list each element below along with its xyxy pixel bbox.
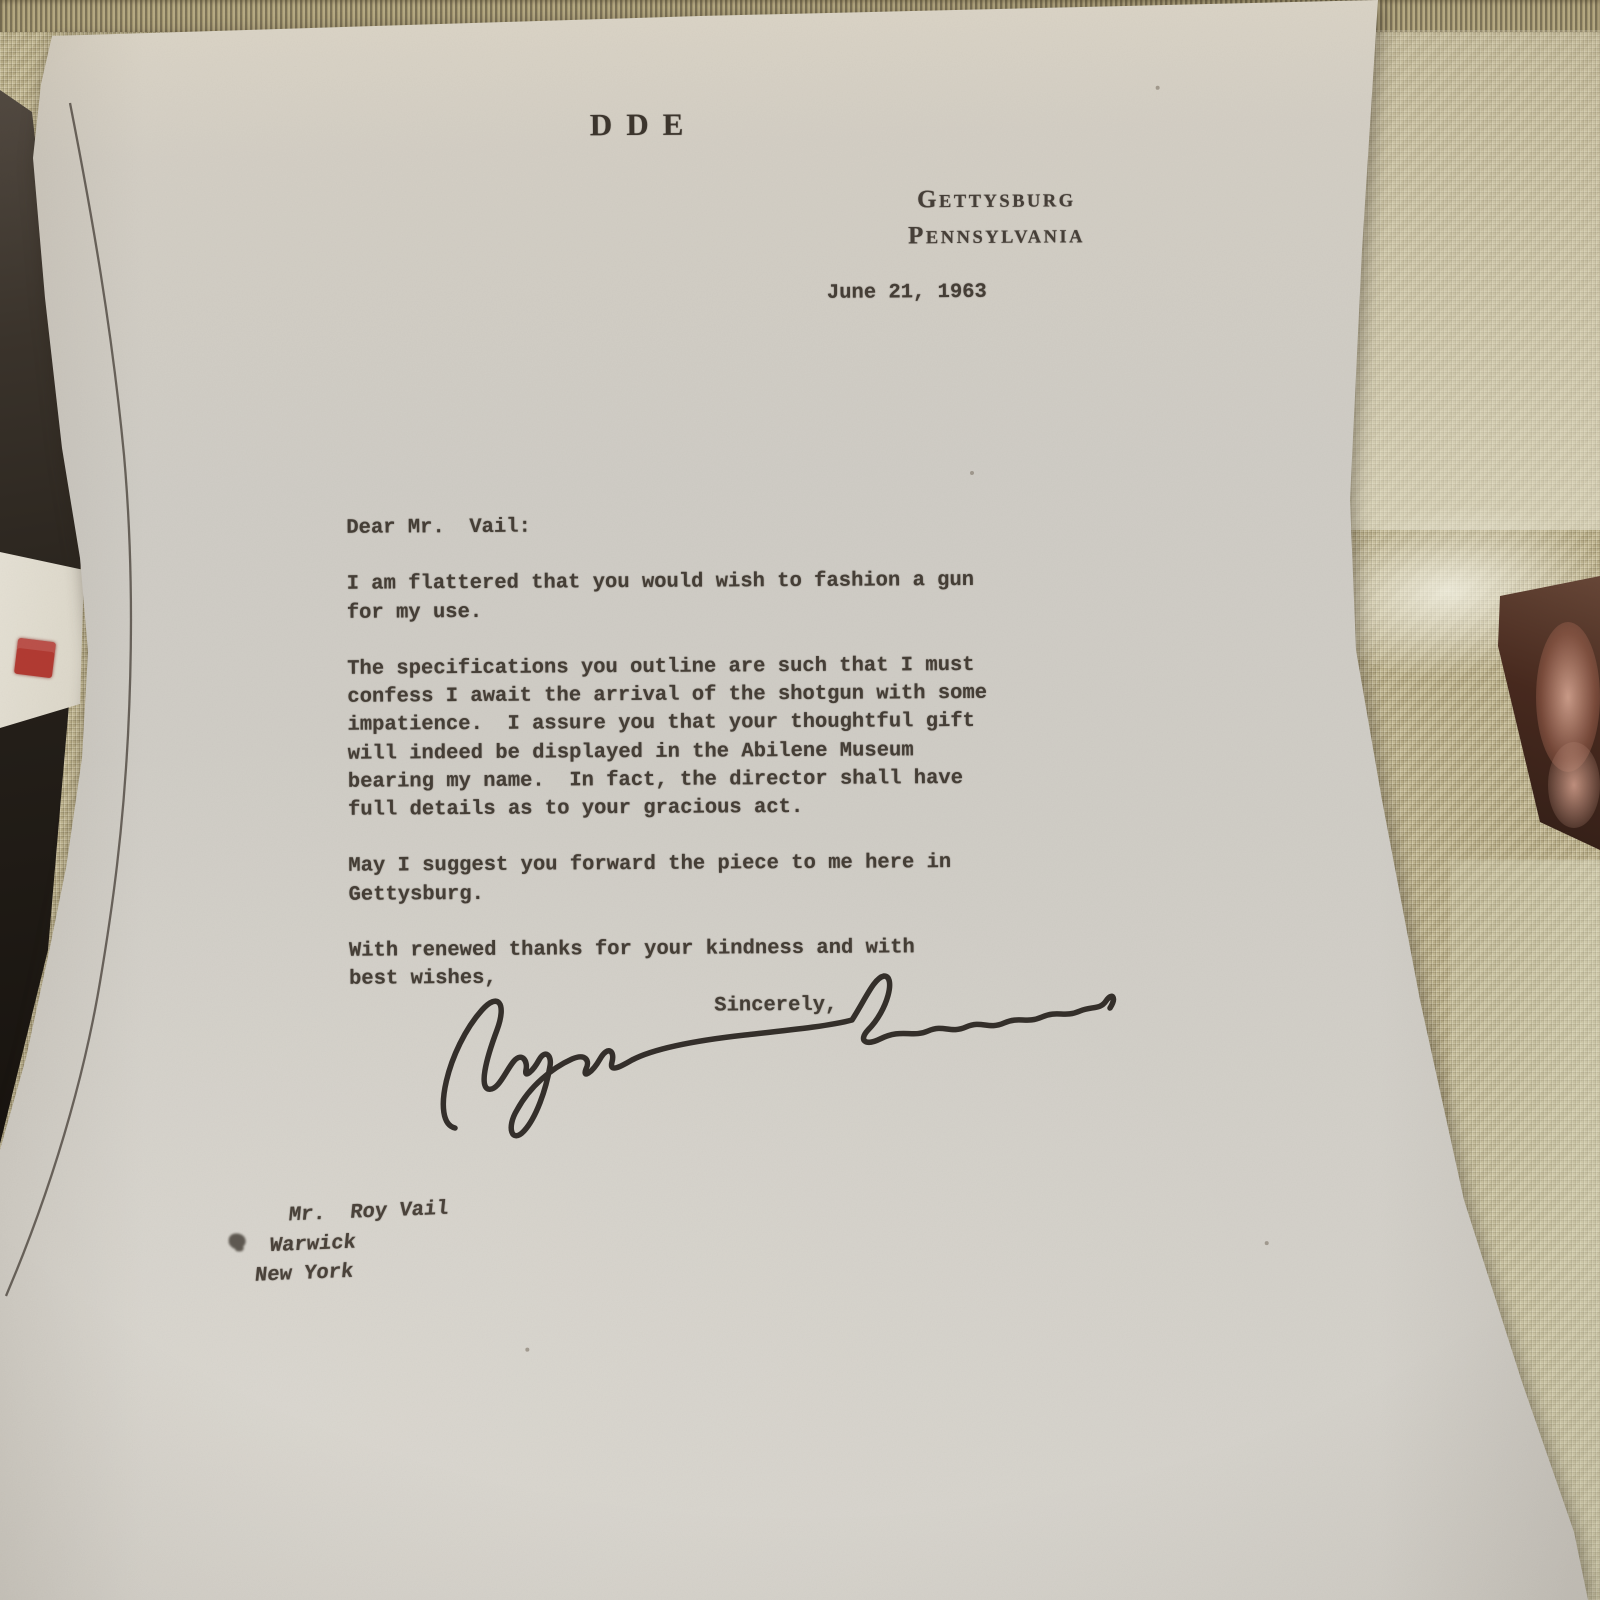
letter-body: Dear Mr. Vail: I am flattered that you w… — [346, 511, 989, 994]
body-line: for my use. — [347, 595, 987, 627]
blank-line — [346, 539, 986, 571]
dust-speck — [1156, 86, 1160, 90]
paper-sheet: DDE Gettysburg Pennsylvania June 21, 196… — [0, 0, 1600, 1600]
body-line: Gettysburg. — [348, 877, 988, 909]
ink-blot — [229, 1233, 246, 1248]
salutation: Dear Mr. Vail: — [346, 511, 986, 543]
body-line: May I suggest you forward the piece to m… — [348, 849, 988, 881]
dust-speck — [970, 471, 974, 475]
body-line — [347, 624, 987, 656]
date-line: June 21, 1963 — [827, 281, 987, 305]
dust-speck — [525, 1348, 529, 1352]
dust-speck — [1265, 1241, 1269, 1245]
letterhead-city: Gettysburg — [876, 182, 1116, 219]
body-line: bearing my name. In fact, the director s… — [348, 765, 988, 797]
letter-content: DDE Gettysburg Pennsylvania June 21, 196… — [0, 0, 1600, 1600]
body-line: I am flattered that you would wish to fa… — [347, 567, 987, 599]
body-line: will indeed be displayed in the Abilene … — [348, 736, 988, 768]
letterhead-initials: DDE — [590, 107, 698, 144]
body-line: confess I await the arrival of the shotg… — [347, 680, 987, 712]
body-line: With renewed thanks for your kindness an… — [349, 934, 989, 966]
letter-paper: DDE Gettysburg Pennsylvania June 21, 196… — [0, 0, 1600, 1600]
body-line: impatience. I assure you that your thoug… — [347, 708, 987, 740]
body-line: full details as to your gracious act. — [348, 793, 988, 825]
photo-of-letter-on-fabric: DDE Gettysburg Pennsylvania June 21, 196… — [0, 0, 1600, 1600]
body-line — [348, 821, 988, 853]
closing-sincerely: Sincerely, — [714, 994, 837, 1018]
recipient-address: Mr. Roy Vail Warwick New York — [253, 1195, 450, 1292]
letterhead-state: Pennsylvania — [876, 218, 1116, 255]
letterhead-place: Gettysburg Pennsylvania — [876, 182, 1116, 255]
body-line — [349, 906, 989, 938]
body-line: The specifications you outline are such … — [347, 652, 987, 684]
body-line: best wishes, — [349, 962, 989, 994]
